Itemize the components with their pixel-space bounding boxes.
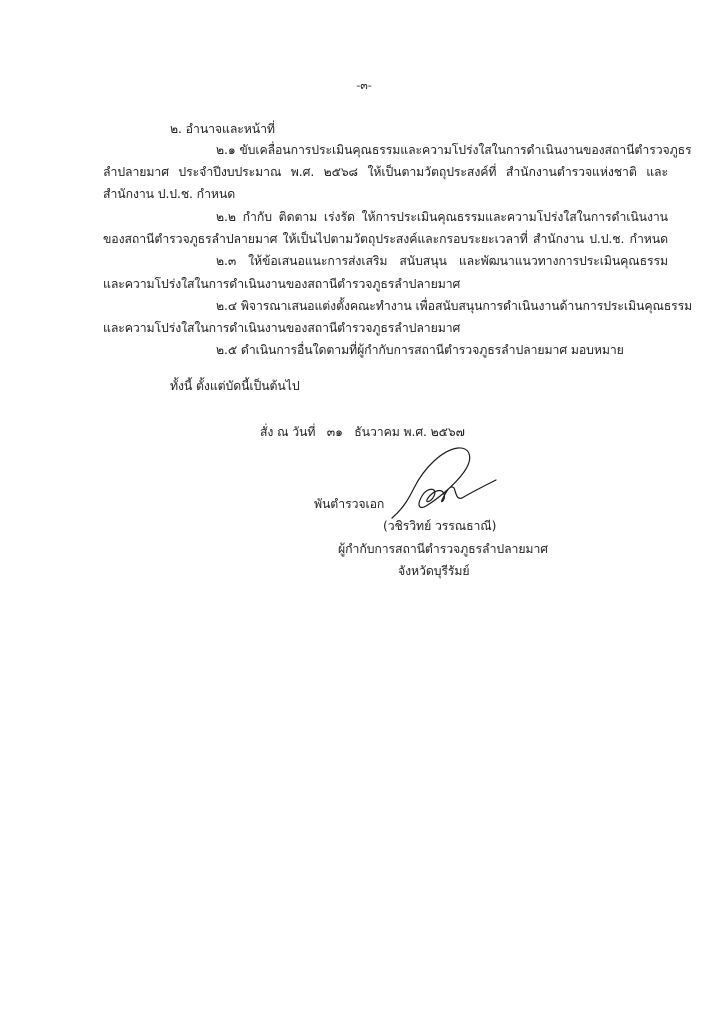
section-heading: ๒. อำนาจและหน้าที่ xyxy=(170,121,275,137)
item-2-1-line-2: ลำปลายมาศ ประจำปีงบประมาณ พ.ศ. ๒๕๖๘ ให้เ… xyxy=(103,164,668,180)
item-2-2-line-1: ๒.๒ กำกับ ติดตาม เร่งรัด ให้การประเมินคุ… xyxy=(216,209,668,225)
item-2-4-line-1: ๒.๔ พิจารณาเสนอแต่งตั้งคณะทำงาน เพื่อสนั… xyxy=(216,298,668,314)
page-number: -๓- xyxy=(0,78,728,94)
document-page: -๓- ๒. อำนาจและหน้าที่ ๒.๑ ขับเคลื่อนการ… xyxy=(0,0,728,1024)
signatory-province: จังหวัดบุรีรัมย์ xyxy=(398,563,470,579)
item-2-5-line-1: ๒.๕ ดำเนินการอื่นใดตามที่ผู้กำกับการสถาน… xyxy=(216,342,624,358)
item-2-4-line-2: และความโปร่งใสในการดำเนินงานของสถานีตำรว… xyxy=(103,320,460,336)
item-2-1-line-3: สำนักงาน ป.ป.ช. กำหนด xyxy=(103,186,235,202)
item-2-1-line-1: ๒.๑ ขับเคลื่อนการประเมินคุณธรรมและความโป… xyxy=(216,142,668,158)
signatory-position: ผู้กำกับการสถานีตำรวจภูธรลำปลายมาศ xyxy=(338,541,548,557)
order-date-prefix: สั่ง ณ วันที่ xyxy=(260,425,315,439)
order-date-month-year: ธันวาคม พ.ศ. ๒๕๖๗ xyxy=(354,425,464,439)
effective-statement: ทั้งนี้ ตั้งแต่บัดนี้เป็นต้นไป xyxy=(170,378,300,394)
order-date: สั่ง ณ วันที่ ๓๑ ธันวาคม พ.ศ. ๒๕๖๗ xyxy=(260,424,465,440)
signatory-name: (วชิรวิทย์ วรรณธาณี) xyxy=(383,518,496,534)
signatory-rank: พันตำรวจเอก xyxy=(314,496,384,512)
item-2-3-line-2: และความโปร่งใสในการดำเนินงานของสถานีตำรว… xyxy=(103,276,460,292)
item-2-2-line-2: ของสถานีตำรวจภูธรลำปลายมาศ ให้เป็นไปตามว… xyxy=(103,231,668,247)
order-date-day: ๓๑ xyxy=(327,425,343,439)
item-2-3-line-1: ๒.๓ ให้ข้อเสนอแนะการส่งเสริม สนับสนุน แล… xyxy=(216,253,668,269)
signature-image xyxy=(384,444,500,520)
